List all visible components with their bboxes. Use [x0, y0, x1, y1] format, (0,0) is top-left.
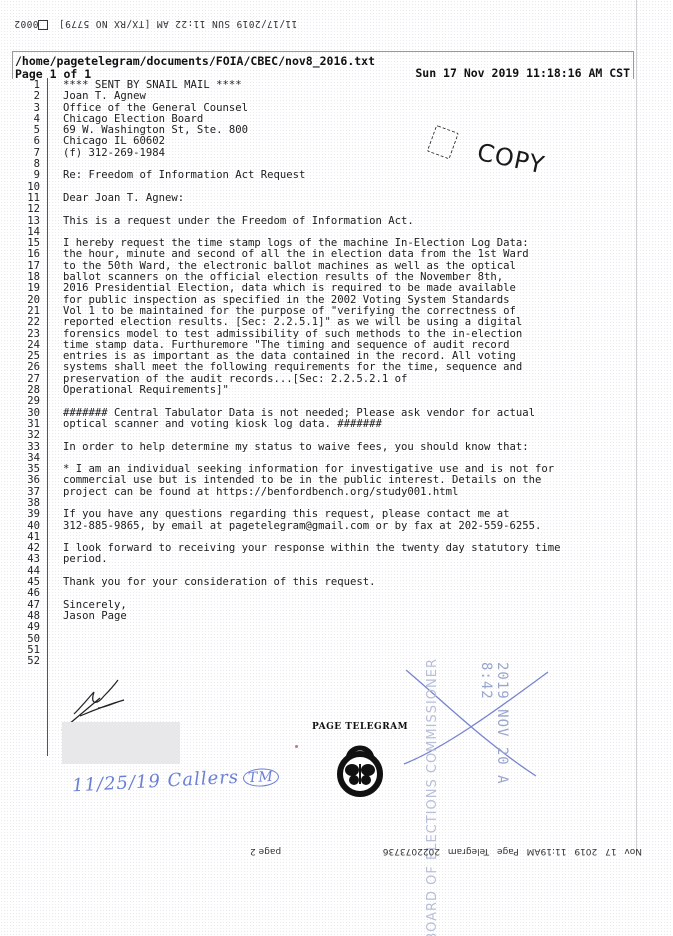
- handwritten-note: 11/25/19 CallersTM: [72, 765, 280, 797]
- line-number-gutter: [47, 78, 48, 756]
- line-text: Thank you for your consideration of this…: [63, 577, 376, 588]
- page-telegram-logo: PAGE TELEGRAM: [312, 722, 408, 802]
- line-text: Re: Freedom of Information Act Request: [63, 170, 305, 181]
- handwritten-note-text: 11/25/19 Callers: [72, 767, 240, 797]
- line-number: 9: [0, 170, 40, 181]
- page-edge: [636, 0, 637, 850]
- received-stamp: BOARD OF ELECTIONS COMMISSIONER 2019 NOV…: [418, 650, 528, 800]
- document-outline-icon: [427, 125, 459, 160]
- received-stamp-org: BOARD OF ELECTIONS COMMISSIONER: [426, 658, 440, 936]
- line-text: Dear Joan T. Agnew:: [63, 193, 184, 204]
- line-text: If you have any questions regarding this…: [63, 509, 509, 520]
- handwritten-initials: TM: [243, 768, 280, 788]
- line-text: Operational Requirements]": [63, 385, 229, 396]
- fax-footer-text: Nov 17 2019 11:19AM Page Telegram 202207…: [383, 846, 642, 856]
- print-datetime: Sun 17 Nov 2019 11:18:16 AM CST: [415, 66, 630, 80]
- line-text: Joan T. Agnew: [63, 91, 146, 102]
- line-text: 312-885-9865, by email at pagetelegram@g…: [63, 521, 541, 532]
- line-number: 36: [0, 475, 40, 486]
- line-number: 46: [0, 588, 40, 599]
- fax-page-box-icon: [38, 20, 48, 30]
- line-text: I look forward to receiving your respons…: [63, 543, 560, 554]
- fax-page-code: 0002: [14, 18, 38, 29]
- line-text: optical scanner and voting kiosk log dat…: [63, 419, 382, 430]
- padlock-butterfly-icon: [328, 734, 392, 798]
- fax-header-text: 11/17/2019 SUN 11:22 AM [TX/RX NO 5779]: [59, 18, 298, 29]
- redacted-block: [62, 722, 180, 764]
- line-text: In order to help determine my status to …: [63, 442, 529, 453]
- line-text: 2016 Presidential Election, data which i…: [63, 283, 516, 294]
- line-number: 29: [0, 396, 40, 407]
- line-text: reported election results. [Sec: 2.2.5.1…: [63, 317, 522, 328]
- logo-name: PAGE TELEGRAM: [312, 722, 408, 732]
- received-stamp-date: 2019 NOV 20 A 8:42: [478, 662, 510, 800]
- line-text: Jason Page: [63, 611, 127, 622]
- line-number: 12: [0, 204, 40, 215]
- line-number: 52: [0, 656, 40, 667]
- copy-stamp-label: COPY: [475, 138, 548, 180]
- line-text: commercial use but is intended to be in …: [63, 475, 541, 486]
- file-header: /home/pagetelegram/documents/FOIA/CBEC/n…: [12, 51, 634, 79]
- line-number: 49: [0, 622, 40, 633]
- line-number: 32: [0, 430, 40, 441]
- line-text: project can be found at https://benfordb…: [63, 487, 458, 498]
- line-number: 19: [0, 283, 40, 294]
- fax-footer-page: page 2: [250, 846, 281, 856]
- file-path: /home/pagetelegram/documents/FOIA/CBEC/n…: [15, 54, 375, 68]
- line-number: 2: [0, 91, 40, 102]
- line-number: 39: [0, 509, 40, 520]
- line-number: 22: [0, 317, 40, 328]
- ink-speck: [295, 745, 298, 748]
- line-text: (f) 312-269-1984: [63, 148, 165, 159]
- line-text: This is a request under the Freedom of I…: [63, 216, 414, 227]
- line-text: period.: [63, 554, 108, 565]
- fax-header: 11/17/2019 SUN 11:22 AM [TX/RX NO 5779] …: [14, 18, 334, 30]
